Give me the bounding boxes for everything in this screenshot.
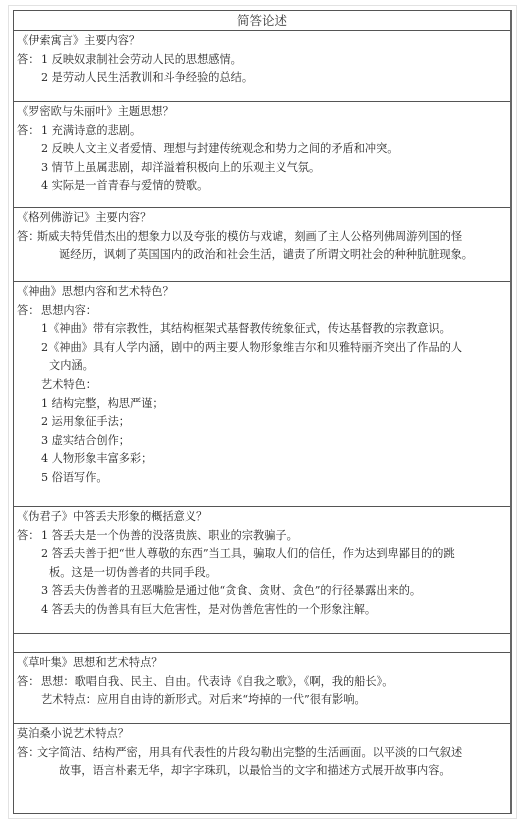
answer-line: 故事，语言朴素无华，却字字珠玑，以最恰当的文字和描述方式展开故事内容。 — [59, 762, 510, 781]
answer-line: 3 情节上虽属悲剧，却洋溢着积极向上的乐观主义气氛。 — [41, 159, 510, 178]
answer-line: 2 是劳动人民生活教训和斗争经验的总结。 — [41, 69, 510, 88]
answer-line: 1 充满诗意的悲剧。 — [41, 122, 510, 141]
answer-label: 答： — [17, 122, 41, 196]
answer-label: 答： — [17, 527, 41, 620]
answer-line: 诞经历，讽刺了英国国内的政治和社会生活，谴责了所谓文明社会的种种肮脏现象。 — [59, 246, 510, 265]
answer: 答： 1 反映奴隶制社会劳动人民的思想感情。 2 是劳动人民生活教训和斗争经验的… — [17, 51, 510, 88]
qa-row-aesop: 《伊索寓言》主要内容？ 答： 1 反映奴隶制社会劳动人民的思想感情。 2 是劳动… — [14, 30, 510, 102]
table-title: 简答论述 — [237, 13, 287, 28]
answer-line: 板。这是一切伪善者的共同手段。 — [49, 564, 510, 583]
question: 《格列佛游记》主要内容？ — [17, 209, 510, 228]
qa-row-tartuffe: 《伪君子》中答丢夫形象的概括意义？ 答： 1 答丢夫是一个伪善的没落贵族、职业的… — [14, 506, 510, 634]
answer-label: 答： — [17, 302, 41, 488]
question: 《伪君子》中答丢夫形象的概括意义？ — [17, 508, 510, 527]
answer-line: 2《神曲》具有人学内涵，剧中的两主要人物形象维吉尔和贝雅特丽齐突出了作品的人 — [41, 339, 510, 358]
qa-row-leaves-of-grass: 《草叶集》思想和艺术特点？ 答： 思想：歌唱自我、民主、自由。代表诗《自我之歌》… — [14, 652, 510, 724]
answer-line: 2 反映人文主义者爱情、理想与封建传统观念和势力之间的矛盾和冲突。 — [41, 140, 510, 159]
art-line: 4 人物形象丰富多彩； — [41, 450, 510, 469]
qa-row-gulliver: 《格列佛游记》主要内容？ 答： 斯威夫特凭借杰出的想象力以及夸张的模仿与戏谑，刻… — [14, 207, 510, 282]
question: 《神曲》思想内容和艺术特色？ — [17, 283, 510, 302]
content-heading: 思想内容： — [41, 302, 510, 321]
answer-line: 1 答丢夫是一个伪善的没落贵族、职业的宗教骗子。 — [41, 527, 510, 546]
answer: 答： 文字简洁、结构严密，用具有代表性的片段勾勒出完整的生活画面。以平淡的口气叙… — [17, 744, 510, 781]
answer-label: 答： — [17, 673, 41, 710]
answer-line: 3 答丢夫伪善者的丑恶嘴脸是通过他“贪食、贪财、贪色”的行径暴露出来的。 — [41, 582, 510, 601]
answer-line: 思想：歌唱自我、民主、自由。代表诗《自我之歌》，《啊，我的船长》。 — [41, 673, 510, 692]
question: 莫泊桑小说艺术特点？ — [17, 725, 510, 744]
art-line: 2 运用象征手法； — [41, 413, 510, 432]
answer-line: 4 实际是一首青春与爱情的赞歌。 — [41, 177, 510, 196]
art-line: 1 结构完整，构思严谨； — [41, 395, 510, 414]
qa-row-maupassant: 莫泊桑小说艺术特点？ 答： 文字简洁、结构严密，用具有代表性的片段勾勒出完整的生… — [14, 723, 510, 814]
answer-label: 答： — [17, 51, 41, 88]
answer-line: 文内涵。 — [49, 357, 510, 376]
answer: 答： 1 答丢夫是一个伪善的没落贵族、职业的宗教骗子。 2 答丢夫善于把“世人尊… — [17, 527, 510, 620]
qa-table: 简答论述 《伊索寓言》主要内容？ 答： 1 反映奴隶制社会劳动人民的思想感情。 … — [13, 10, 512, 814]
answer-line: 1 反映奴隶制社会劳动人民的思想感情。 — [41, 51, 510, 70]
answer-line: 艺术特点：应用自由诗的新形式。对后来“垮掉的一代”很有影响。 — [41, 691, 510, 710]
question: 《草叶集》思想和艺术特点？ — [17, 654, 510, 673]
art-line: 5 俗语写作。 — [41, 469, 510, 488]
answer-line: 1《神曲》带有宗教性，其结构框架式基督教传统象征式，传达基督教的宗教意识。 — [41, 320, 510, 339]
question: 《罗密欧与朱丽叶》主题思想？ — [17, 103, 510, 122]
answer-line: 文字简洁、结构严密，用具有代表性的片段勾勒出完整的生活画面。以平淡的口气叙述 — [37, 744, 510, 763]
answer: 答： 思想内容： 1《神曲》带有宗教性，其结构框架式基督教传统象征式，传达基督教… — [17, 302, 510, 488]
answer: 答： 思想：歌唱自我、民主、自由。代表诗《自我之歌》，《啊，我的船长》。 艺术特… — [17, 673, 510, 710]
qa-row-romeo-juliet: 《罗密欧与朱丽叶》主题思想？ 答： 1 充满诗意的悲剧。 2 反映人文主义者爱情… — [14, 101, 510, 208]
answer-line: 2 答丢夫善于把“世人尊敬的东西”当工具，骗取人们的信任，作为达到卑鄙目的的跳 — [41, 545, 510, 564]
table-header: 简答论述 — [14, 11, 510, 31]
answer: 答： 1 充满诗意的悲剧。 2 反映人文主义者爱情、理想与封建传统观念和势力之间… — [17, 122, 510, 196]
art-heading: 艺术特色： — [41, 376, 510, 395]
answer: 答： 斯威夫特凭借杰出的想象力以及夸张的模仿与戏谑，刻画了主人公格列佛周游列国的… — [17, 228, 510, 265]
question: 《伊索寓言》主要内容？ — [17, 32, 510, 51]
answer-line: 斯威夫特凭借杰出的想象力以及夸张的模仿与戏谑，刻画了主人公格列佛周游列国的怪 — [37, 228, 510, 247]
answer-line: 4 答丢夫的伪善具有巨大危害性，是对伪善危害性的一个形象注解。 — [41, 601, 510, 620]
empty-row — [14, 633, 510, 652]
art-line: 3 虚实结合创作； — [41, 432, 510, 451]
qa-row-divine-comedy: 《神曲》思想内容和艺术特色？ 答： 思想内容： 1《神曲》带有宗教性，其结构框架… — [14, 281, 510, 507]
